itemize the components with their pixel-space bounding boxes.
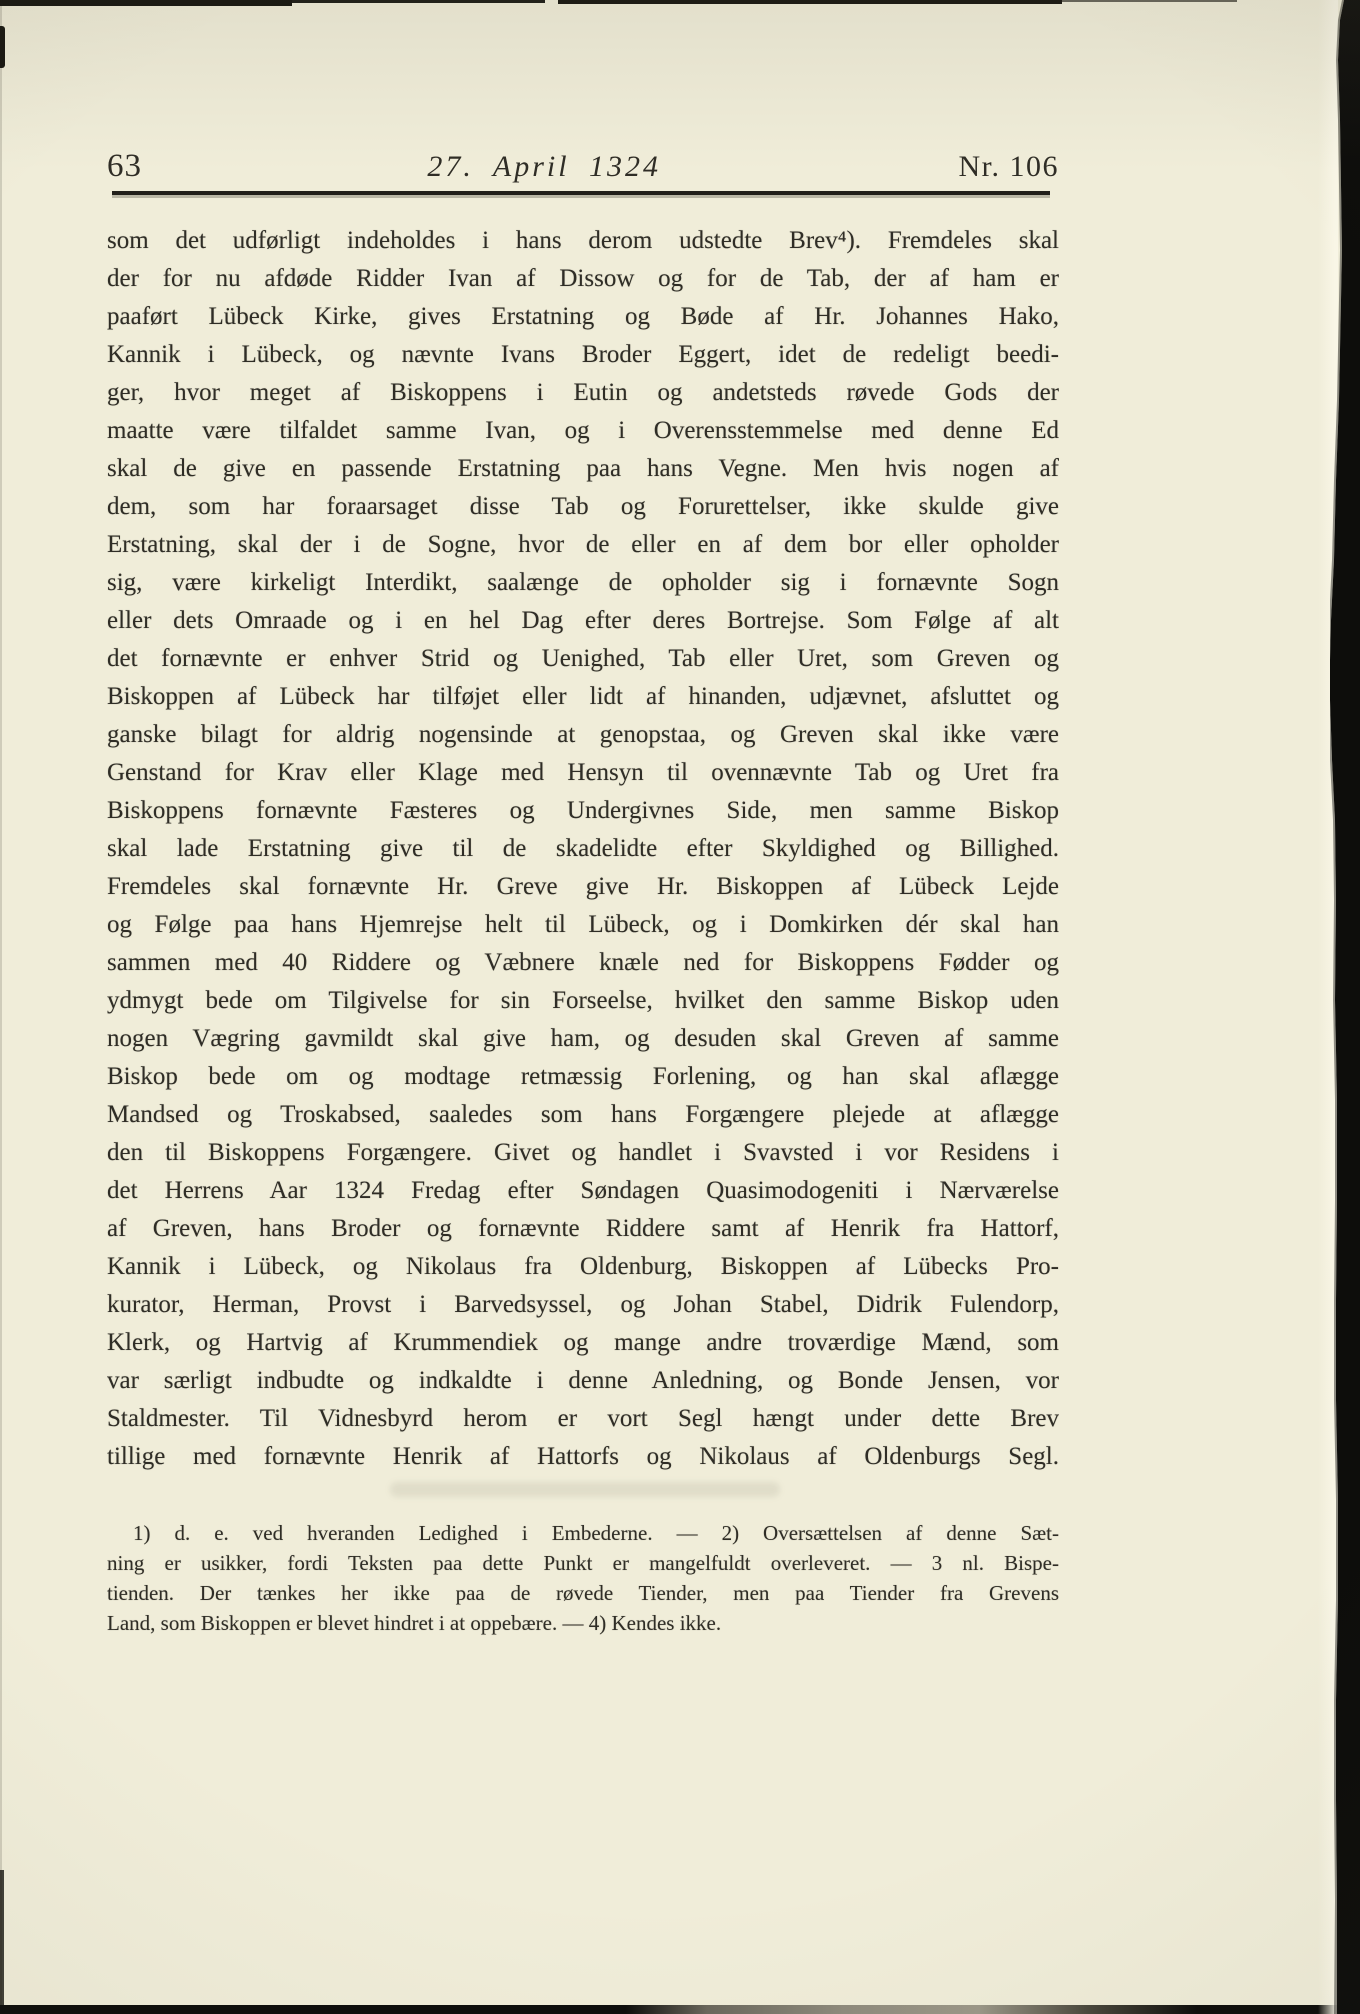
body-text-line: ydmygt bede om Tilgivelse for sin Forsee…	[107, 982, 1059, 1020]
scan-edge-top-line	[558, 0, 1062, 4]
scanned-book-page: 63 27. April 1324 Nr. 106 som det udførl…	[0, 0, 1360, 2014]
body-text-line: nogen Vægring gavmildt skal give ham, og…	[107, 1020, 1059, 1058]
body-text-line: og Følge paa hans Hjemrejse helt til Lüb…	[107, 906, 1059, 944]
body-text-line: dem, som har foraarsaget disse Tab og Fo…	[107, 488, 1059, 526]
footnote-line: ning er usikker, fordi Teksten paa dette…	[107, 1548, 1059, 1578]
body-text-line: paaført Lübeck Kirke, gives Erstatning o…	[107, 298, 1059, 336]
body-text-line: der for nu afdøde Ridder Ivan af Dissow …	[107, 260, 1059, 298]
scan-edge-bottom-strip	[0, 2005, 1360, 2014]
body-text-line: skal de give en passende Erstatning paa …	[107, 450, 1059, 488]
body-text-line: Klerk, og Hartvig af Krummendiek og mang…	[107, 1324, 1059, 1362]
date-heading: 27. April 1324	[427, 150, 661, 184]
body-text-line: tillige med fornævnte Henrik af Hattorfs…	[107, 1438, 1059, 1476]
page-number: 63	[107, 148, 142, 185]
footnotes: 1) d. e. ved hveranden Ledighed i Embede…	[107, 1518, 1059, 1638]
scan-edge-top-line	[1062, 0, 1237, 2]
paper-edge-highlight	[1318, 0, 1338, 2014]
footnote-line: 1) d. e. ved hveranden Ledighed i Embede…	[107, 1518, 1059, 1548]
scan-edge-top-line	[0, 0, 292, 6]
scan-edge-left-mark	[0, 26, 5, 68]
body-text-line: skal lade Erstatning give til de skadeli…	[107, 830, 1059, 868]
body-text-line: Biskop bede om og modtage retmæssig Forl…	[107, 1058, 1059, 1096]
body-text-line: ger, hvor meget af Biskoppens i Eutin og…	[107, 374, 1059, 412]
body-text-line: Fremdeles skal fornævnte Hr. Greve give …	[107, 868, 1059, 906]
body-text-line: Erstatning, skal der i de Sogne, hvor de…	[107, 526, 1059, 564]
footnote-line: tienden. Der tænkes her ikke paa de røve…	[107, 1578, 1059, 1608]
body-text-line: den til Biskoppens Forgængere. Givet og …	[107, 1134, 1059, 1172]
ink-bleed-through-artifact	[390, 1482, 780, 1497]
body-text-line: af Greven, hans Broder og fornævnte Ridd…	[107, 1210, 1059, 1248]
body-text-line: Kannik i Lübeck, og Nikolaus fra Oldenbu…	[107, 1248, 1059, 1286]
body-text-line: ganske bilagt for aldrig nogensinde at g…	[107, 716, 1059, 754]
scan-edge-top-line	[292, 0, 545, 3]
body-text-line: Biskoppen af Lübeck har tilføjet eller l…	[107, 678, 1059, 716]
body-text-line: Biskoppens fornævnte Fæsteres og Undergi…	[107, 792, 1059, 830]
page-header: 63 27. April 1324 Nr. 106	[107, 148, 1059, 192]
body-text-line: sig, være kirkeligt Interdikt, saalænge …	[107, 564, 1059, 602]
body-text-line: det Herrens Aar 1324 Fredag efter Søndag…	[107, 1172, 1059, 1210]
document-number: Nr. 106	[958, 150, 1059, 184]
scan-edge-left-mark	[0, 1870, 4, 2014]
body-text-line: det fornævnte er enhver Strid og Uenighe…	[107, 640, 1059, 678]
body-text-line: Staldmester. Til Vidnesbyrd herom er vor…	[107, 1400, 1059, 1438]
body-text-line: var særligt indbudte og indkaldte i denn…	[107, 1362, 1059, 1400]
torn-page-edge-black-band	[1330, 0, 1360, 2014]
header-rule-divider	[112, 191, 1050, 195]
scan-edge-left-line	[0, 0, 2, 2014]
body-text-line: Mandsed og Troskabsed, saaledes som hans…	[107, 1096, 1059, 1134]
body-text-line: eller dets Omraade og i en hel Dag efter…	[107, 602, 1059, 640]
body-text-line: maatte være tilfaldet samme Ivan, og i O…	[107, 412, 1059, 450]
body-text: som det udførligt indeholdes i hans dero…	[107, 222, 1059, 1476]
scan-top-shading	[0, 0, 1360, 170]
body-text-line: Kannik i Lübeck, og nævnte Ivans Broder …	[107, 336, 1059, 374]
body-text-line: kurator, Herman, Provst i Barvedsyssel, …	[107, 1286, 1059, 1324]
body-text-line: sammen med 40 Riddere og Væbnere knæle n…	[107, 944, 1059, 982]
body-text-line: som det udførligt indeholdes i hans dero…	[107, 222, 1059, 260]
body-text-line: Genstand for Krav eller Klage med Hensyn…	[107, 754, 1059, 792]
footnote-line: Land, som Biskoppen er blevet hindret i …	[107, 1608, 1059, 1638]
